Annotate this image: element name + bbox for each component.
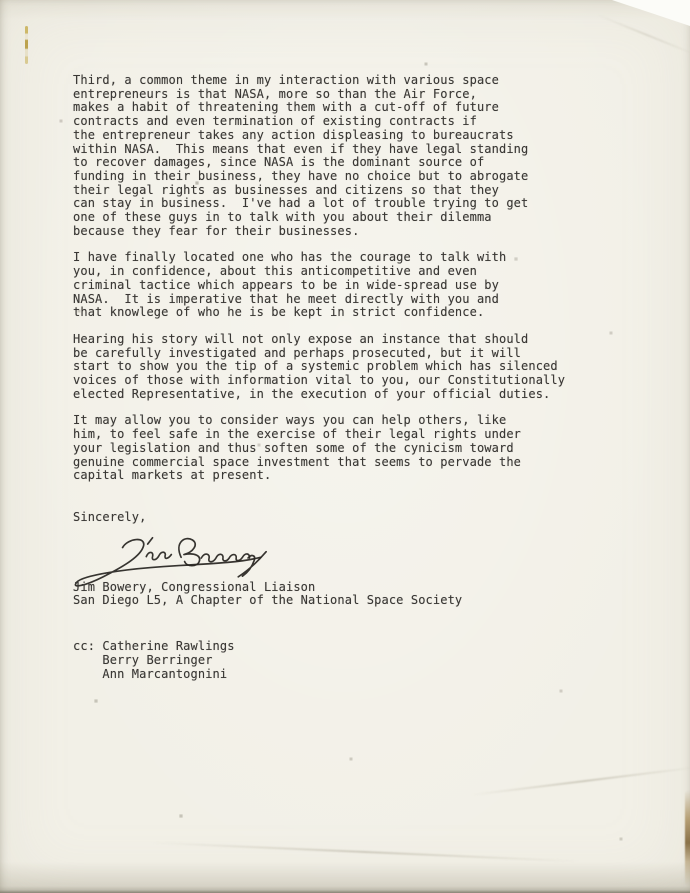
- cc-block: cc: Catherine Rawlings Berry Berringer A…: [73, 640, 658, 681]
- letter-closing: Sincerely,: [73, 511, 658, 525]
- letter-paragraph-4: It may allow you to consider ways you ca…: [73, 414, 658, 483]
- rust-stain-top-left: [25, 26, 28, 64]
- letter-paragraph-1: Third, a common theme in my interaction …: [73, 74, 658, 238]
- signature-strokes-jim-bowery: [57, 535, 269, 581]
- letter-paragraph-2: I have finally located one who has the c…: [73, 251, 658, 320]
- letter-paragraph-3: Hearing his story will not only expose a…: [73, 333, 658, 402]
- letter-body: Third, a common theme in my interaction …: [73, 74, 658, 681]
- scanned-letter: Third, a common theme in my interaction …: [0, 0, 690, 893]
- stain-right-edge: [685, 790, 690, 886]
- handwritten-signature: [57, 535, 658, 579]
- signature-block: Jim Bowery, Congressional Liaison San Di…: [73, 581, 658, 608]
- paper-specks: [0, 0, 2, 2]
